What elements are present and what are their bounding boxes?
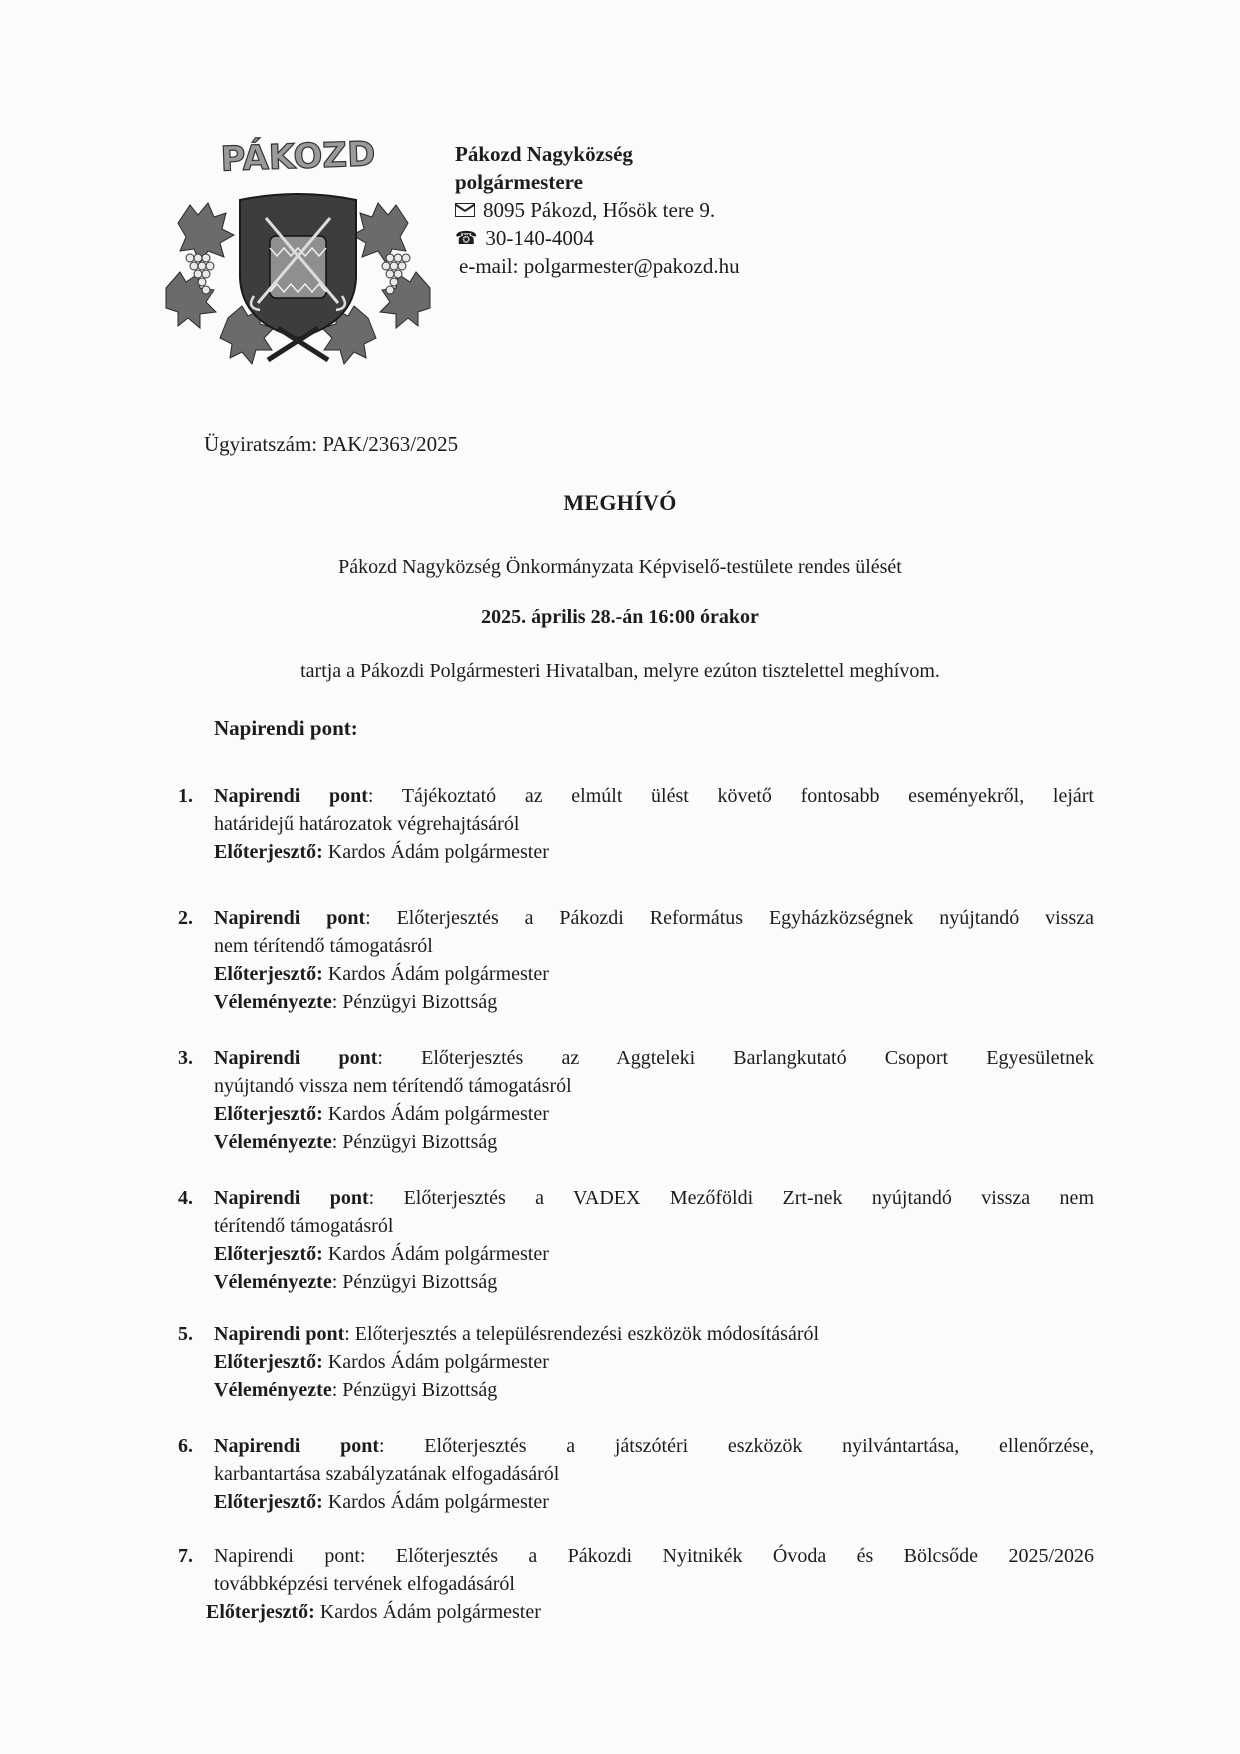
agenda-item-title: Napirendi pont: Előterjesztés az Aggtele… (214, 1044, 1094, 1072)
organization-name: Pákozd Nagyközség (455, 140, 740, 168)
phone-line: ☎ 30-140-4004 (455, 224, 740, 252)
agenda-item-label: Napirendi pont (214, 785, 368, 807)
agenda-item: 7.Napirendi pont: Előterjesztés a Pákozd… (178, 1542, 1094, 1626)
agenda-item-label: Napirendi pont (214, 1187, 369, 1209)
reviewer-label: Véleményezte (214, 1271, 332, 1293)
agenda-item: 2.Napirendi pont: Előterjesztés a Pákozd… (178, 904, 1094, 1016)
agenda-item-reviewer: Véleményezte: Pénzügyi Bizottság (214, 1128, 1094, 1156)
agenda-item-body: Napirendi pont: Előterjesztés a Pákozdi … (214, 1542, 1094, 1626)
address-line: 8095 Pákozd, Hősök tere 9. (455, 196, 740, 224)
presenter-label: Előterjesztő: (214, 1103, 323, 1125)
agenda-item-title: Napirendi pont: Előterjesztés a települé… (214, 1320, 1094, 1348)
agenda-item-number: 4. (178, 1184, 193, 1212)
agenda-item-presenter: Előterjesztő: Kardos Ádám polgármester (214, 1488, 1094, 1516)
agenda-item-title: Napirendi pont: Tájékoztató az elmúlt ül… (214, 782, 1094, 810)
agenda-item-label: Napirendi pont (214, 907, 365, 929)
envelope-icon (455, 203, 475, 217)
presenter-label: Előterjesztő: (214, 1351, 323, 1373)
letterhead: Pákozd Nagyközség polgármestere 8095 Pák… (455, 140, 740, 280)
agenda-item-label: Napirendi pont (214, 1323, 344, 1345)
agenda-item-label: Napirendi pont (214, 1435, 379, 1457)
agenda-item-body: Napirendi pont: Előterjesztés a települé… (214, 1320, 1094, 1404)
agenda-item-body: Napirendi pont: Előterjesztés a VADEX Me… (214, 1184, 1094, 1296)
agenda-heading: Napirendi pont: (214, 716, 358, 741)
agenda-item-label: Napirendi pont (214, 1047, 377, 1069)
telephone-icon: ☎ (455, 229, 477, 247)
reviewer-label: Véleményezte (214, 1379, 332, 1401)
agenda-item-title-continued: karbantartása szabályzatának elfogadásár… (214, 1460, 1094, 1488)
document-title: MEGHÍVÓ (0, 490, 1240, 516)
agenda-item-number: 1. (178, 782, 193, 810)
agenda-item-body: Napirendi pont: Előterjesztés az Aggtele… (214, 1044, 1094, 1156)
case-number: Ügyiratszám: PAK/2363/2025 (204, 432, 458, 457)
agenda-item-title: Napirendi pont: Előterjesztés a Pákozdi … (214, 904, 1094, 932)
agenda-item-reviewer: Véleményezte: Pénzügyi Bizottság (214, 1268, 1094, 1296)
agenda-item-label: Napirendi pont (214, 1545, 360, 1567)
email-address[interactable]: polgarmester@pakozd.hu (524, 254, 740, 278)
presenter-label: Előterjesztő: (214, 1491, 323, 1513)
svg-text:PÁKOZD: PÁKOZD (220, 133, 376, 179)
agenda-item-body: Napirendi pont: Előterjesztés a Pákozdi … (214, 904, 1094, 1016)
agenda-item: 5.Napirendi pont: Előterjesztés a telepü… (178, 1320, 1094, 1404)
reviewer-label: Véleményezte (214, 991, 332, 1013)
agenda-item-title-continued: határidejű határozatok végrehajtásáról (214, 810, 1094, 838)
agenda-item-title: Napirendi pont: Előterjesztés a Pákozdi … (214, 1542, 1094, 1570)
agenda-item-number: 6. (178, 1432, 193, 1460)
agenda-item-number: 5. (178, 1320, 193, 1348)
coat-of-arms-logo: PÁKOZD (158, 128, 438, 378)
agenda-item-title-continued: nyújtandó vissza nem térítendő támogatás… (214, 1072, 1094, 1100)
agenda-item: 4.Napirendi pont: Előterjesztés a VADEX … (178, 1184, 1094, 1296)
reviewer-label: Véleményezte (214, 1131, 332, 1153)
agenda-item-reviewer: Véleményezte: Pénzügyi Bizottság (214, 1376, 1094, 1404)
agenda-item-reviewer: Véleményezte: Pénzügyi Bizottság (214, 988, 1094, 1016)
intro-text: Pákozd Nagyközség Önkormányzata Képvisel… (0, 556, 1240, 579)
agenda-item-title: Napirendi pont: Előterjesztés a VADEX Me… (214, 1184, 1094, 1212)
agenda-item-title: Napirendi pont: Előterjesztés a játszóté… (214, 1432, 1094, 1460)
agenda-item-body: Napirendi pont: Előterjesztés a játszóté… (214, 1432, 1094, 1516)
agenda-item-presenter: Előterjesztő: Kardos Ádám polgármester (214, 960, 1094, 988)
agenda-item-title-continued: továbbképzési tervének elfogadásáról (214, 1570, 1094, 1598)
agenda-item-presenter: Előterjesztő: Kardos Ádám polgármester (214, 1240, 1094, 1268)
presenter-label: Előterjesztő: (214, 841, 323, 863)
agenda-item-title-continued: térítendő támogatásról (214, 1212, 1094, 1240)
agenda-item-presenter: Előterjesztő: Kardos Ádám polgármester (214, 838, 1094, 866)
email-label: e-mail: (459, 254, 518, 278)
agenda-item-presenter: Előterjesztő: Kardos Ádám polgármester (206, 1598, 1094, 1626)
agenda-item-presenter: Előterjesztő: Kardos Ádám polgármester (214, 1348, 1094, 1376)
agenda-item: 6.Napirendi pont: Előterjesztés a játszó… (178, 1432, 1094, 1516)
invitation-page: PÁKOZD (0, 0, 1240, 1754)
agenda-item-number: 2. (178, 904, 193, 932)
agenda-item-number: 3. (178, 1044, 193, 1072)
phone-text: 30-140-4004 (485, 224, 594, 252)
presenter-label: Előterjesztő: (206, 1601, 315, 1623)
agenda-item: 3.Napirendi pont: Előterjesztés az Aggte… (178, 1044, 1094, 1156)
address-text: 8095 Pákozd, Hősök tere 9. (483, 196, 715, 224)
venue-text: tartja a Pákozdi Polgármesteri Hivatalba… (0, 660, 1240, 683)
presenter-label: Előterjesztő: (214, 963, 323, 985)
agenda-item-body: Napirendi pont: Tájékoztató az elmúlt ül… (214, 782, 1094, 866)
email-line: e-mail: polgarmester@pakozd.hu (455, 252, 740, 280)
agenda-item-presenter: Előterjesztő: Kardos Ádám polgármester (214, 1100, 1094, 1128)
presenter-label: Előterjesztő: (214, 1243, 323, 1265)
meeting-datetime: 2025. április 28.-án 16:00 órakor (0, 606, 1240, 629)
organization-role: polgármestere (455, 168, 740, 196)
agenda-item: 1.Napirendi pont: Tájékoztató az elmúlt … (178, 782, 1094, 866)
agenda-item-title-continued: nem térítendő támogatásról (214, 932, 1094, 960)
agenda-item-number: 7. (178, 1542, 193, 1570)
